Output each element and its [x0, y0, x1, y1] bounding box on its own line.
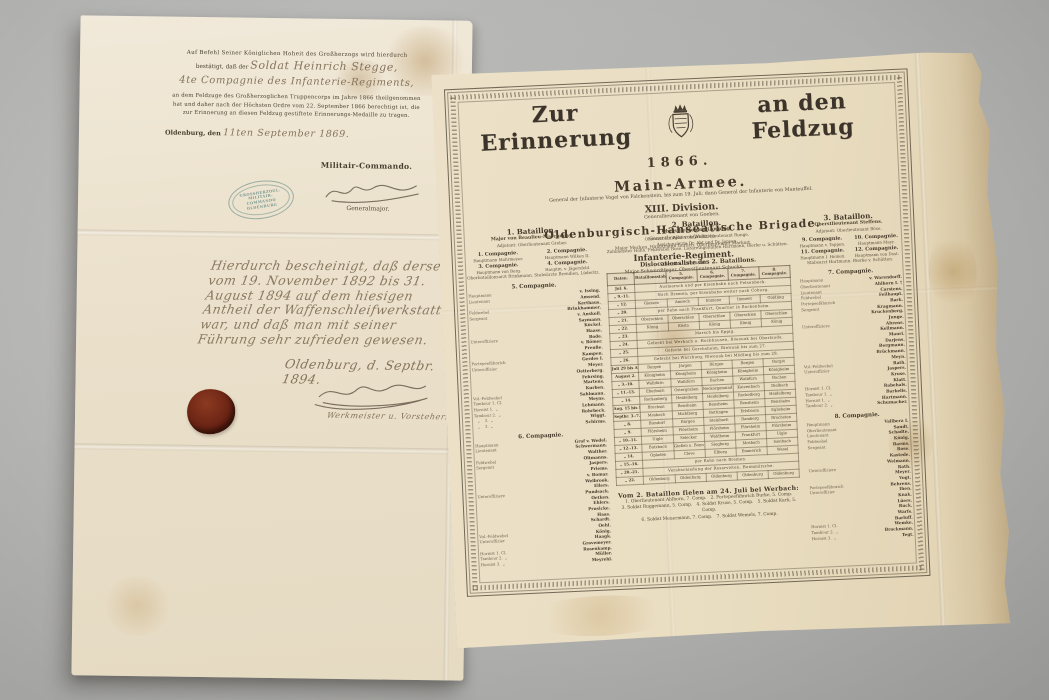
roster-rank: „ 3. „	[474, 424, 493, 431]
note-signer-caption: Werkmeister u. Vorsteher.	[326, 411, 448, 422]
roster-name: Meyrehl.	[592, 556, 613, 563]
certificate-intro-continuation: bestätigt, daß der	[196, 64, 249, 71]
stain	[525, 592, 677, 639]
company8-roster: Hauptmann Vallbera I. Oberlieutenant San…	[803, 418, 916, 542]
roster-rank: Tambour 2. „	[806, 402, 833, 409]
certificate-text-block: Auf Befehl Seiner Königlichen Hoheit des…	[131, 48, 462, 141]
battalion3-column: 3. Bataillon. Oberstlieutenant Steffens.…	[794, 210, 917, 542]
signer-rank-label: Generalmajor.	[322, 205, 414, 213]
authority-label: Militair-Commando.	[316, 161, 416, 171]
stamp-text-line: MILITAIR-	[248, 194, 273, 202]
fold-crease	[75, 443, 467, 454]
battalion-columns: 1. Bataillon. Major von Beaulieu-Marconn…	[462, 210, 918, 588]
roster-name: Schumacher.	[877, 399, 908, 406]
roster-rank: Sergeant	[469, 316, 487, 322]
company5-roster: Hauptmann v. Issing. Lieutenant Amsend.	[465, 288, 609, 431]
handwritten-recipient-name: Soldat Heinrich Stegge,	[250, 59, 398, 74]
letter-document: Auf Befehl Seiner Königlichen Hoheit des…	[71, 15, 472, 680]
handwritten-note-line: Führung sehr zufrieden gewesen.	[196, 332, 479, 348]
wax-seal	[187, 389, 236, 435]
roster-rank: Sergeant	[801, 306, 819, 312]
stamp-text-line: COMMANDO	[246, 198, 276, 207]
note-signature-scribble	[313, 379, 433, 413]
memorial-content: Zur Erinnerung an den Feldzug 1866. Main…	[456, 78, 918, 589]
general-signature-scribble	[322, 175, 426, 206]
dislocation-cell: Oldenburg	[737, 470, 768, 479]
roster-rank: Unteroffizier	[472, 366, 498, 373]
date-handwritten-part: 11ten September 1869.	[223, 127, 350, 140]
roster-rank: Unteroffizier	[804, 368, 830, 375]
stamp-text-line: GROSSHERZOGL.	[239, 188, 280, 198]
roster-rank: Sergeant	[807, 444, 825, 450]
company7-roster: Hauptmann v. Warendorff. Oberlieutenant …	[797, 274, 911, 410]
roster-rank: Sergeant	[476, 465, 494, 471]
stain	[102, 576, 173, 637]
dislocation-table: Daten.Bataillonsstab.5. Compagnie.6. Com…	[606, 265, 799, 486]
dislocation-cell: Oldenburg	[675, 473, 706, 482]
battalion1-column: 1. Bataillon. Major von Beaulieu-Marconn…	[462, 223, 615, 568]
stamp-text-line: OLDENBURG	[247, 202, 278, 211]
roster-rank: Lieutenant	[475, 448, 497, 455]
certificate-date-line: Oldenburg, den 11ten September 1869.	[131, 126, 461, 142]
battalion2-column: 2. Bataillon. Oberstlieutenant Lamping. …	[604, 215, 802, 525]
roster-rank: Hornist 3. „	[480, 561, 505, 568]
roster-rank: Lieutenant	[468, 298, 490, 305]
roster-name: Tegt.	[902, 531, 914, 537]
military-command-stamp: GROSSHERZOGL.MILITAIR-COMMANDOOLDENBURG	[226, 176, 297, 223]
photo-of-documents: Auf Befehl Seiner Königlichen Hoheit des…	[0, 0, 1049, 700]
dislocation-cell: Oldenburg	[644, 474, 675, 483]
company6-roster: Hauptmann Graf v. Wedel. Lieutenant Schw…	[472, 437, 616, 568]
date-printed-part: Oldenburg, den	[165, 128, 221, 137]
roster-rank: Unteroffizier	[810, 489, 836, 496]
roster-rank: Hornist 3. „	[812, 535, 837, 542]
dislocation-cell: Oldenburg	[706, 472, 737, 481]
dislocation-cell: Oldenburg	[768, 469, 799, 478]
roster-name: Schirms.	[585, 418, 606, 425]
certificate-body: an dem Feldzuge des Großherzoglichen Tru…	[131, 91, 461, 121]
coat-of-arms-icon	[665, 102, 697, 141]
casualty-block: Vom 2. Bataillon fielen am 24. Juli bei …	[616, 484, 801, 525]
roster-rank: Unteroffizier	[479, 538, 505, 545]
title-right: an den Feldzug	[706, 86, 898, 147]
title-left: Zur Erinnerung	[457, 97, 655, 158]
memorial-document: Zur Erinnerung an den Feldzug 1866. Main…	[431, 50, 1014, 649]
dislocation-date-cell: „ 22.	[616, 476, 644, 485]
fold-crease	[78, 229, 470, 240]
